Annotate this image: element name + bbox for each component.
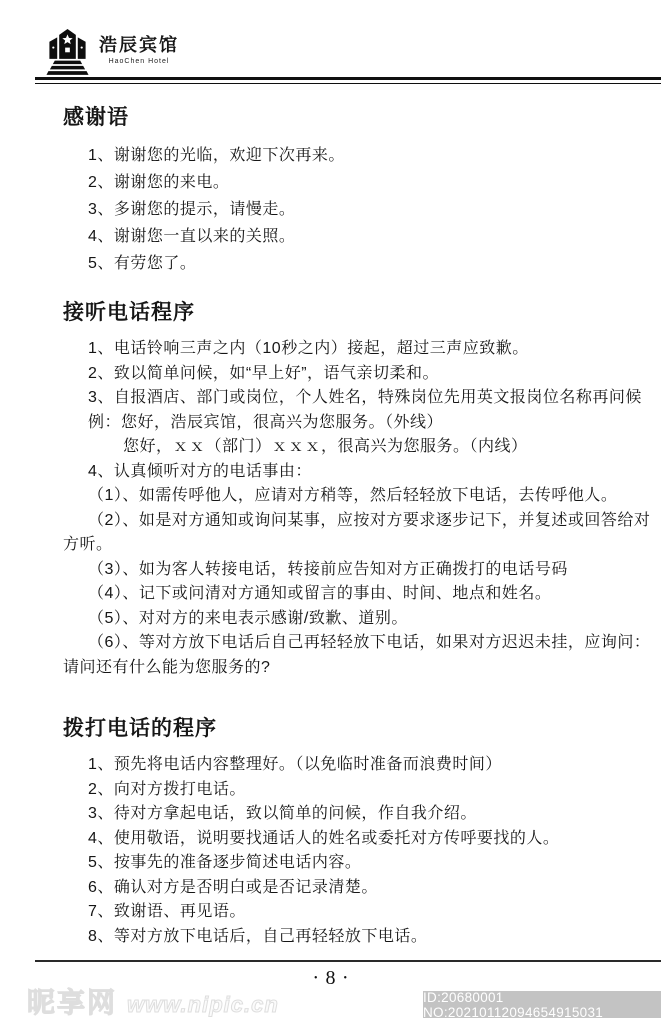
watermark-site-url: www.nipic.cn	[127, 992, 279, 1018]
sub-list-item: （2）、如是对方通知或询问某事，应按对方要求逐步记下，并复述或回答给对	[63, 509, 661, 534]
list-item: 2、谢谢您的来电。	[63, 169, 661, 196]
sub-list-item: （1）、如需传呼他人，应请对方稍等，然后轻轻放下电话，去传呼他人。	[63, 484, 661, 509]
footer-divider	[35, 960, 661, 962]
continuation-line: 方听。	[63, 533, 661, 558]
example-line: 例：您好，浩辰宾馆，很高兴为您服务。（外线）	[63, 411, 661, 436]
page-header: 浩辰宾馆 HaoChen Hotel	[0, 0, 661, 84]
section-title: 拨打电话的程序	[63, 716, 661, 740]
list-item: 1、谢谢您的光临，欢迎下次再来。	[63, 142, 661, 169]
continuation-line: 请问还有什么能为您服务的?	[63, 656, 661, 681]
list-item: 4、使用敬语，说明要找通话人的姓名或委托对方传呼要找的人。	[63, 827, 661, 852]
hotel-name-en: HaoChen Hotel	[99, 58, 179, 65]
page-number-dot: •	[314, 973, 318, 984]
list-item: 6、确认对方是否明白或是否记录清楚。	[63, 876, 661, 901]
list-item: 1、电话铃响三声之内（10秒之内）接起，超过三声应致歉。	[63, 337, 661, 362]
list-item: 2、致以简单问候，如“早上好”，语气亲切柔和。	[63, 362, 661, 387]
header-divider	[35, 77, 661, 84]
list-item: 4、谢谢您一直以来的关照。	[63, 223, 661, 250]
sub-list-item: （6）、等对方放下电话后自己再轻轻放下电话，如果对方迟迟未挂，应询问：	[63, 631, 661, 656]
section-answering-procedure: 接听电话程序 1、电话铃响三声之内（10秒之内）接起，超过三声应致歉。 2、致以…	[63, 300, 661, 680]
list-item: 4、认真倾听对方的电话事由：	[63, 460, 661, 485]
page-number-value: 8	[326, 967, 336, 990]
document-page: 浩辰宾馆 HaoChen Hotel 感谢语 1、谢谢您的光临，欢迎下次再来。 …	[0, 0, 661, 1024]
watermark-id-badge: ID:20680001 NO:20210112094654915031	[423, 991, 661, 1018]
example-line: 您好，ｘｘ（部门）ｘｘｘ，很高兴为您服务。（内线）	[63, 435, 661, 460]
section-title: 接听电话程序	[63, 300, 661, 324]
section-thanks-phrases: 感谢语 1、谢谢您的光临，欢迎下次再来。 2、谢谢您的来电。 3、多谢您的提示，…	[63, 105, 661, 277]
list-item: 5、有劳您了。	[63, 250, 661, 277]
list-item: 7、致谢语、再见语。	[63, 900, 661, 925]
page-number-dot: •	[344, 973, 348, 984]
list-item: 1、预先将电话内容整理好。（以免临时准备而浪费时间）	[63, 753, 661, 778]
list-item: 3、多谢您的提示，请慢走。	[63, 196, 661, 223]
hotel-brand: 浩辰宾馆 HaoChen Hotel	[99, 28, 179, 65]
sub-list-item: （4）、记下或问清对方通知或留言的事由、时间、地点和姓名。	[63, 582, 661, 607]
list-item: 8、等对方放下电话后，自己再轻轻放下电话。	[63, 925, 661, 950]
section-title: 感谢语	[63, 105, 661, 129]
list-item: 5、按事先的准备逐步简述电话内容。	[63, 851, 661, 876]
section-dialing-procedure: 拨打电话的程序 1、预先将电话内容整理好。（以免临时准备而浪费时间） 2、向对方…	[63, 716, 661, 949]
sub-list-item: （3）、如为客人转接电话，转接前应告知对方正确拨打的电话号码	[63, 558, 661, 583]
hotel-name-cn: 浩辰宾馆	[99, 35, 179, 55]
hotel-crest-icon	[45, 28, 90, 76]
list-item: 2、向对方拨打电话。	[63, 778, 661, 803]
sub-list-item: （5）、对对方的来电表示感谢/致歉、道别。	[63, 607, 661, 632]
watermark-site-name: 昵享网	[27, 981, 117, 1021]
list-item: 3、自报酒店、部门或岗位，个人姓名，特殊岗位先用英文报岗位名称再问候	[63, 386, 661, 411]
list-item: 3、待对方拿起电话，致以简单的问候，作自我介绍。	[63, 802, 661, 827]
document-body: 感谢语 1、谢谢您的光临，欢迎下次再来。 2、谢谢您的来电。 3、多谢您的提示，…	[0, 84, 661, 949]
watermark-site: 昵享网 www.nipic.cn	[27, 981, 279, 1021]
